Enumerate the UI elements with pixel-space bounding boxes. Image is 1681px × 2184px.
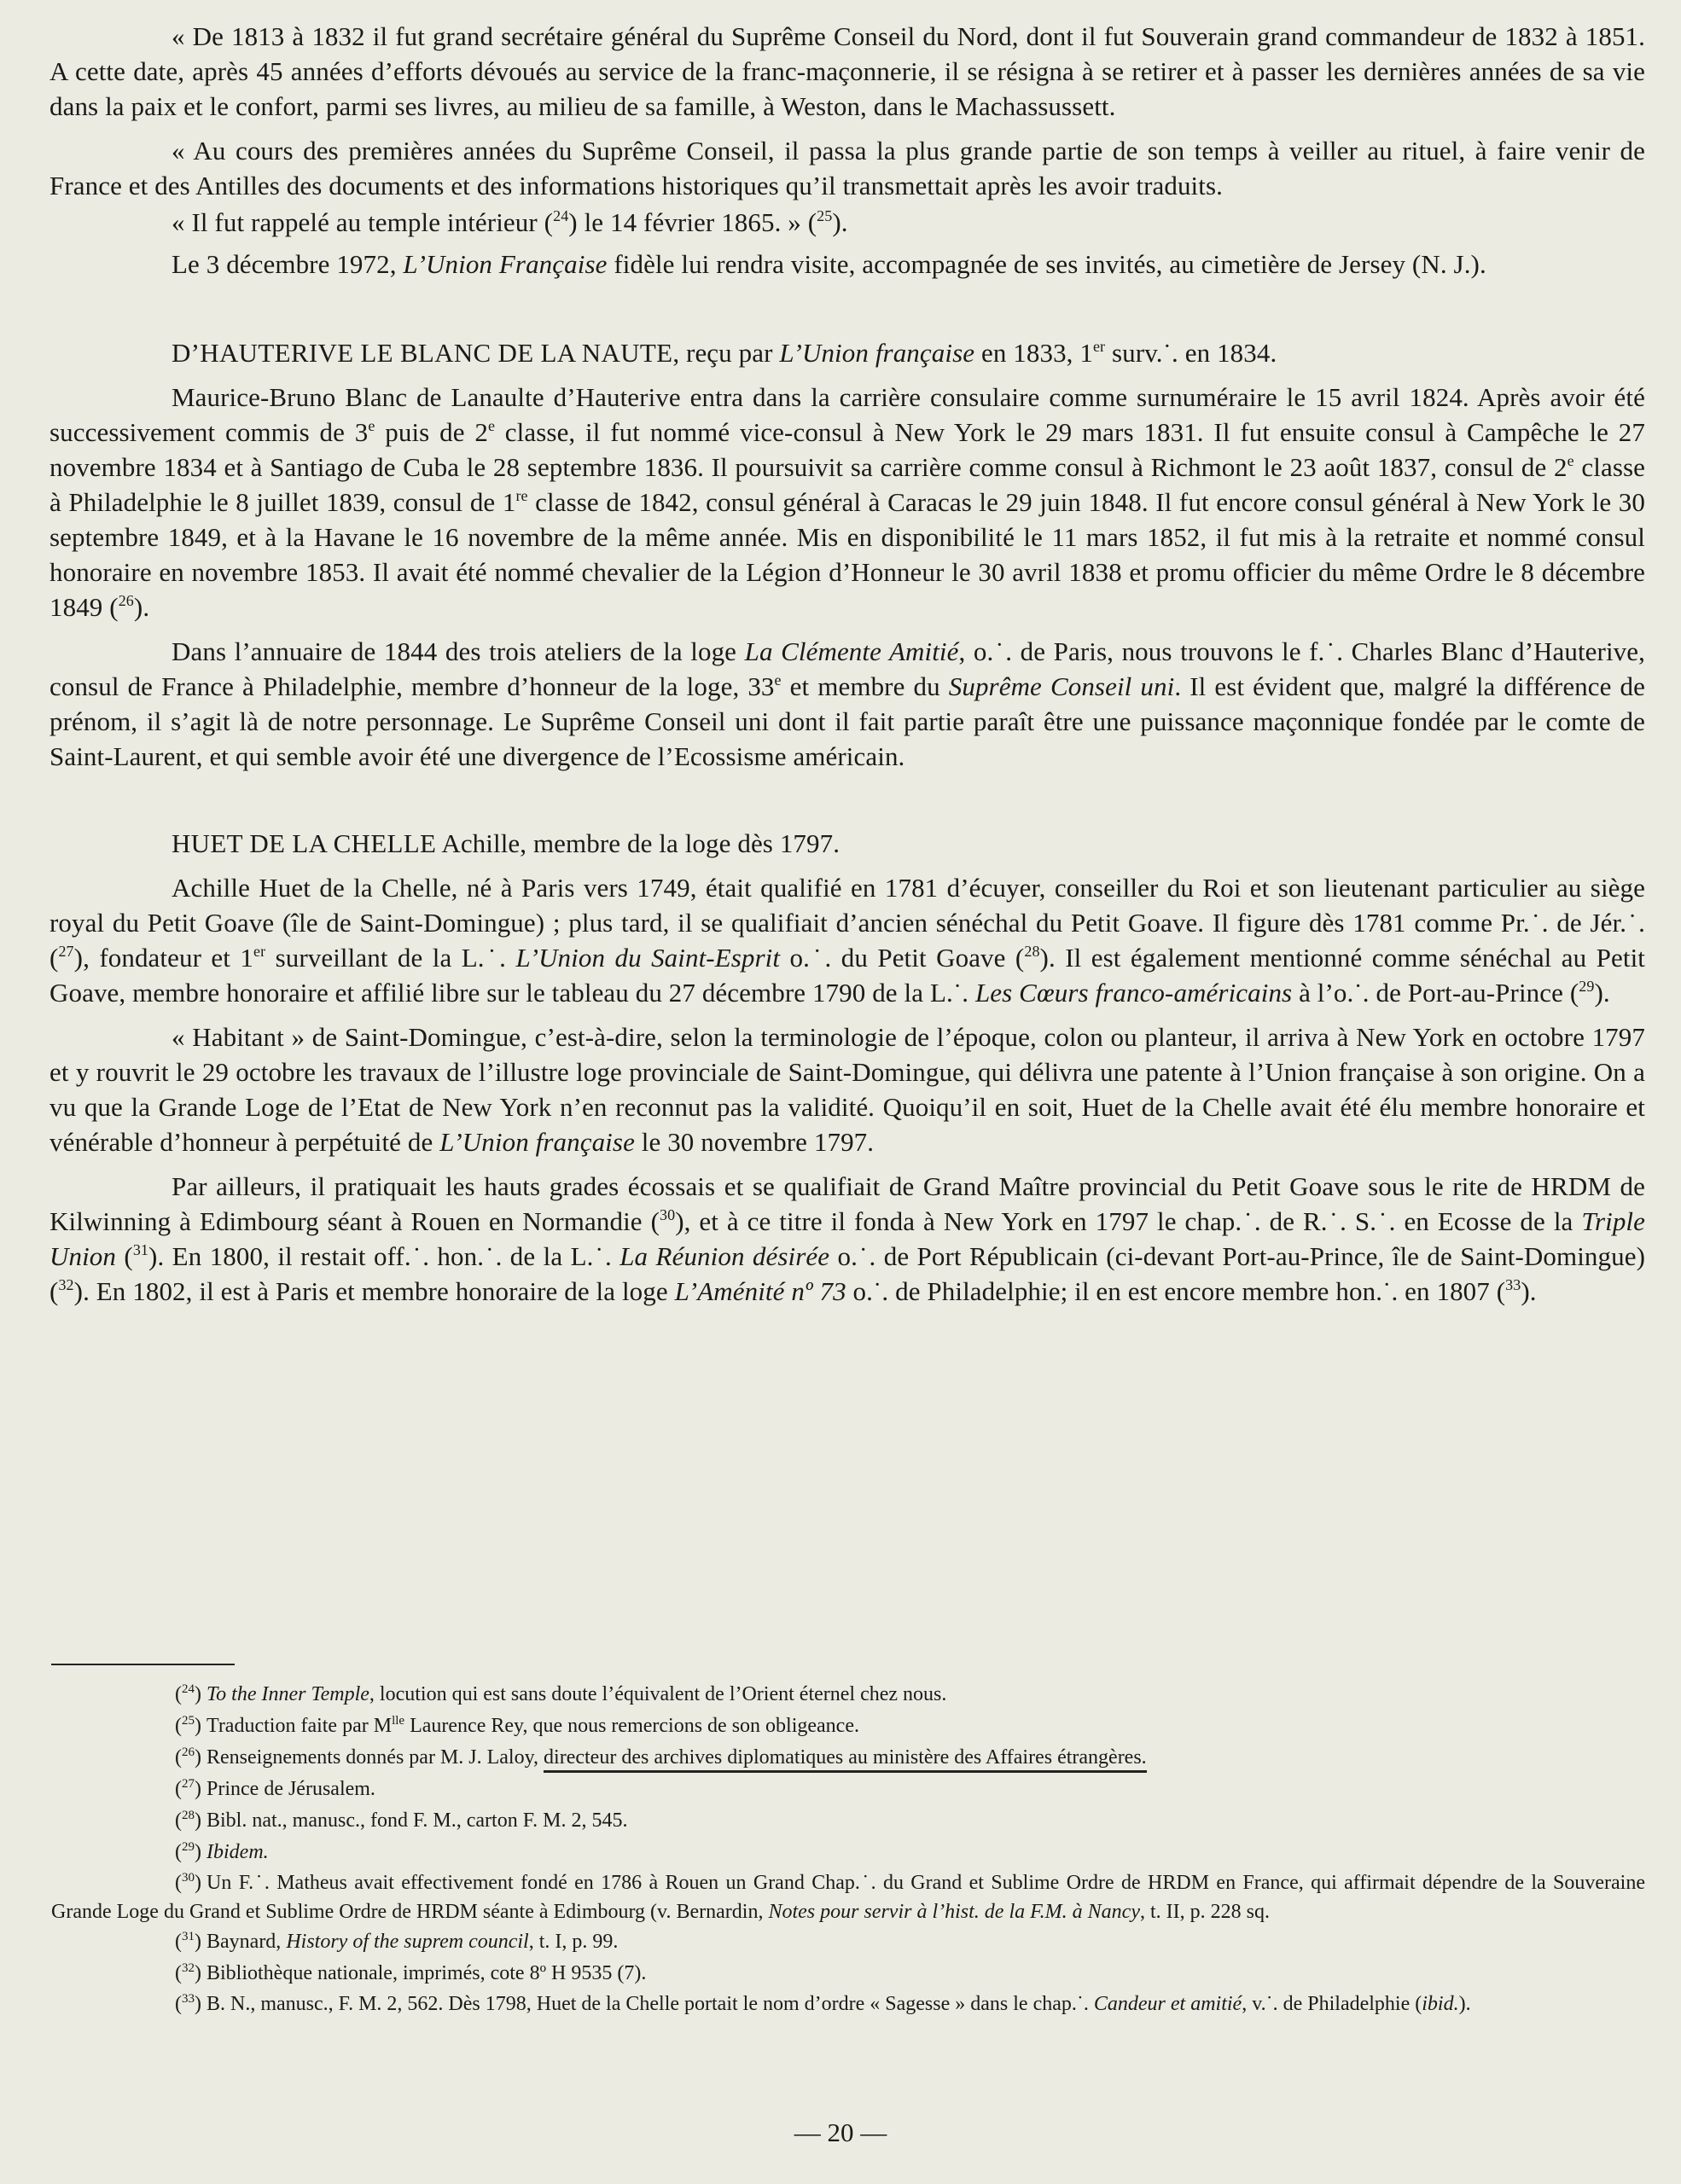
footnote-ref-28[interactable]: 28 bbox=[1024, 943, 1039, 960]
footnote-ref-30[interactable]: 30 bbox=[660, 1206, 675, 1223]
visit-paragraph: Le 3 décembre 1972, L’Union Française fi… bbox=[49, 247, 1645, 282]
text: « Il fut rappelé au temple intérieur ( bbox=[172, 207, 553, 237]
text: , v.˙. de Philadelphie ( bbox=[1242, 1993, 1422, 2015]
footnote-26: (26)Renseignements donnés par M. J. Lalo… bbox=[51, 1742, 1645, 1774]
lodge-name: L’Union Française bbox=[403, 249, 607, 279]
lodge-name: La Réunion désirée bbox=[619, 1241, 829, 1271]
huet-paragraph-2: « Habitant » de Saint-Domingue, c’est-à-… bbox=[49, 1019, 1645, 1159]
footnote-ref-32[interactable]: 32 bbox=[58, 1276, 73, 1293]
footnote-ref-26[interactable]: 26 bbox=[119, 592, 134, 609]
ordinal: e bbox=[488, 417, 495, 434]
text: B. N., manusc., F. M. 2, 562. Dès 1798, … bbox=[206, 1993, 1094, 2015]
text: To the Inner Temple bbox=[206, 1683, 369, 1705]
text: le 30 novembre 1797. bbox=[635, 1127, 874, 1157]
section-heading-huet: HUET DE LA CHELLE Achille, membre de la … bbox=[49, 826, 1645, 861]
text: ). bbox=[1594, 978, 1609, 1008]
text: , t. I, p. 99. bbox=[529, 1931, 619, 1953]
lodge-name: Les Cœurs franco-américains bbox=[975, 978, 1292, 1008]
text: puis de 2 bbox=[375, 417, 487, 447]
lodge-name: L’Union du Saint-Esprit bbox=[515, 943, 780, 973]
text: ), et à ce titre il fonda à New York en … bbox=[675, 1206, 1581, 1236]
text: Candeur et amitié bbox=[1094, 1993, 1242, 2015]
quote-paragraph-2: « Au cours des premières années du Suprê… bbox=[49, 133, 1645, 203]
text: ibid. bbox=[1422, 1993, 1458, 2015]
footnote-ref-25[interactable]: 25 bbox=[817, 207, 832, 224]
text: Laurence Rey, que nous remercions de son… bbox=[404, 1715, 859, 1737]
text: ). En 1802, il est à Paris et membre hon… bbox=[74, 1276, 675, 1306]
abbrev: lle bbox=[392, 1714, 404, 1728]
footnote-ref-27[interactable]: 27 bbox=[58, 943, 73, 960]
document-page: « De 1813 à 1832 il fut grand secrétaire… bbox=[49, 0, 1645, 1318]
footnote-30: (30)Un F.˙. Matheus avait effectivement … bbox=[51, 1868, 1645, 1926]
text: et membre du bbox=[782, 671, 949, 701]
footnote-separator bbox=[51, 1664, 235, 1665]
text: Le 3 décembre 1972, bbox=[172, 249, 403, 279]
text: ). bbox=[1459, 1993, 1471, 2015]
text: ). En 1800, il restait off.˙. hon.˙. de … bbox=[148, 1241, 619, 1271]
footnote-24: (24)To the Inner Temple, locution qui es… bbox=[51, 1679, 1645, 1711]
footnote-number: (26) bbox=[175, 1746, 201, 1769]
text: en 1833, 1 bbox=[974, 338, 1093, 368]
footnote-31: (31)Baynard, History of the suprem counc… bbox=[51, 1926, 1645, 1958]
footnote-number: (28) bbox=[175, 1809, 201, 1832]
ordinal: re bbox=[515, 487, 527, 504]
huet-paragraph-1: Achille Huet de la Chelle, né à Paris ve… bbox=[49, 870, 1645, 1010]
footnote-29: (29)Ibidem. bbox=[51, 1837, 1645, 1868]
lodge-name: L’Union française bbox=[439, 1127, 635, 1157]
footnote-ref-29[interactable]: 29 bbox=[1579, 978, 1594, 995]
footnote-ref-24[interactable]: 24 bbox=[553, 207, 568, 224]
footnote-27: (27)Prince de Jérusalem. bbox=[51, 1774, 1645, 1805]
footnote-number: (31) bbox=[175, 1931, 201, 1953]
text: History of the suprem council bbox=[286, 1931, 528, 1953]
footnote-number: (33) bbox=[175, 1993, 201, 2015]
text: ). bbox=[1521, 1276, 1536, 1306]
text: ( bbox=[116, 1241, 133, 1271]
footnote-number: (24) bbox=[175, 1683, 201, 1705]
person-name: HUET DE LA CHELLE bbox=[172, 828, 436, 858]
text: Traduction faite par M bbox=[206, 1715, 392, 1737]
ordinal: e bbox=[775, 671, 782, 688]
hauterive-paragraph-1: Maurice-Bruno Blanc de Lanaulte d’Hauter… bbox=[49, 380, 1645, 624]
lodge-name: L’Union française bbox=[779, 338, 974, 368]
footnote-number: (30) bbox=[175, 1872, 201, 1894]
footnote-number: (25) bbox=[175, 1715, 201, 1737]
footnote-number: (32) bbox=[175, 1962, 201, 1984]
lodge-name: La Clémente Amitié bbox=[745, 636, 959, 666]
quote-paragraph-3: « Il fut rappelé au temple intérieur (24… bbox=[49, 205, 1645, 240]
text: , reçu par bbox=[672, 338, 779, 368]
ordinal: er bbox=[1093, 338, 1105, 355]
footnote-ref-31[interactable]: 31 bbox=[133, 1241, 148, 1258]
text: Prince de Jérusalem. bbox=[206, 1778, 375, 1800]
text: surv.˙. en 1834. bbox=[1105, 338, 1277, 368]
text: Dans l’annuaire de 1844 des trois atelie… bbox=[172, 636, 745, 666]
ordinal: e bbox=[1568, 452, 1574, 469]
ordinal: er bbox=[253, 943, 265, 960]
text: o.˙. de Philadelphie; il en est encore m… bbox=[846, 1276, 1505, 1306]
footnote-33: (33)B. N., manusc., F. M. 2, 562. Dès 17… bbox=[51, 1989, 1645, 2018]
text: fidèle lui rendra visite, accompagnée de… bbox=[607, 249, 1486, 279]
lodge-name: L’Aménité nº 73 bbox=[675, 1276, 846, 1306]
council-name: Suprême Conseil uni bbox=[949, 671, 1175, 701]
footnote-number: (29) bbox=[175, 1841, 201, 1863]
section-heading-hauterive: D’HAUTERIVE LE BLANC DE LA NAUTE, reçu p… bbox=[49, 335, 1645, 370]
text: o.˙. du Petit Goave ( bbox=[780, 943, 1024, 973]
text: à l’o.˙. de Port-au-Prince ( bbox=[1292, 978, 1579, 1008]
person-name: D’HAUTERIVE LE BLANC DE LA NAUTE bbox=[172, 338, 672, 368]
footnote-32: (32)Bibliothèque nationale, imprimés, co… bbox=[51, 1958, 1645, 1989]
text: ). bbox=[134, 592, 149, 622]
text: ) le 14 février 1865. » ( bbox=[568, 207, 817, 237]
text: Bibliothèque nationale, imprimés, cote 8… bbox=[206, 1962, 646, 1984]
text: Achille, membre de la loge dès 1797. bbox=[436, 828, 840, 858]
footnote-ref-33[interactable]: 33 bbox=[1505, 1276, 1521, 1293]
underlined-text: directeur des archives diplomatiques au … bbox=[544, 1746, 1147, 1773]
text: , t. II, p. 228 sq. bbox=[1140, 1901, 1270, 1923]
page-number: — 20 — bbox=[0, 2117, 1681, 2148]
text: ). bbox=[832, 207, 847, 237]
text: , locution qui est sans doute l’équivale… bbox=[369, 1683, 946, 1705]
huet-paragraph-3: Par ailleurs, il pratiquait les hauts gr… bbox=[49, 1169, 1645, 1309]
hauterive-paragraph-2: Dans l’annuaire de 1844 des trois atelie… bbox=[49, 634, 1645, 774]
text: Renseignements donnés par M. J. Laloy, bbox=[206, 1746, 544, 1769]
text: ), fondateur et 1 bbox=[74, 943, 253, 973]
footnote-number: (27) bbox=[175, 1778, 201, 1800]
main-text: « De 1813 à 1832 il fut grand secrétaire… bbox=[49, 0, 1645, 1309]
footnotes: (24)To the Inner Temple, locution qui es… bbox=[51, 1679, 1645, 2018]
footnote-28: (28)Bibl. nat., manusc., fond F. M., car… bbox=[51, 1805, 1645, 1837]
text: Notes pour servir à l’hist. de la F.M. à… bbox=[768, 1901, 1140, 1923]
text: Bibl. nat., manusc., fond F. M., carton … bbox=[206, 1809, 627, 1832]
text: Baynard, bbox=[206, 1931, 286, 1953]
text: surveillant de la L.˙. bbox=[265, 943, 515, 973]
text: Ibidem. bbox=[206, 1841, 269, 1863]
quote-paragraph-1: « De 1813 à 1832 il fut grand secrétaire… bbox=[49, 19, 1645, 124]
footnote-25: (25)Traduction faite par Mlle Laurence R… bbox=[51, 1711, 1645, 1742]
